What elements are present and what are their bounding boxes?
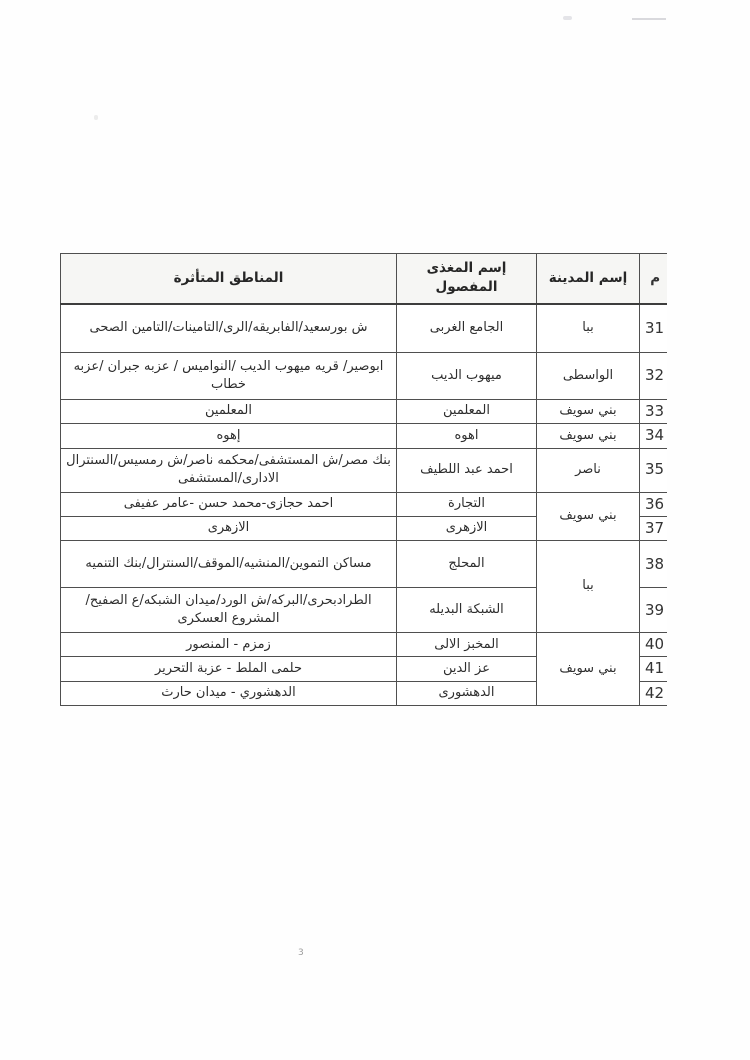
page-number: 3 [298,948,304,958]
cell-num: 34 [640,424,667,448]
scan-dot-artifact [94,115,98,120]
cell-areas: ش بورسعيد/الفابريقه/الرى/التامينات/التام… [61,304,397,353]
outage-table: م إسم المدينة إسم المغذى المفصول المناطق… [60,253,667,706]
cell-areas: ابوصير/ قريه ميهوب الديب /النواميس / عزب… [61,353,397,400]
header-row-number: م [640,254,667,304]
table-row: 34 بني سويف اهوه إهوه [61,424,667,448]
cell-feeder: الازهرى [397,516,537,540]
cell-feeder: المخبز الالى [397,633,537,657]
cell-feeder: التجارة [397,492,537,516]
cell-num: 39 [640,588,667,633]
cell-num: 41 [640,657,667,681]
cell-num: 38 [640,541,667,588]
table-row: 31 ببا الجامع الغربى ش بورسعيد/الفابريقه… [61,304,667,353]
cell-city-merged: بني سويف [537,633,640,706]
cell-num: 37 [640,516,667,540]
table-header-row: م إسم المدينة إسم المغذى المفصول المناطق… [61,254,667,304]
cell-areas: مساكن التموين/المنشيه/الموقف/السنترال/بن… [61,541,397,588]
cell-num: 40 [640,633,667,657]
cell-num: 35 [640,448,667,492]
table-row: 32 الواسطى ميهوب الديب ابوصير/ قريه ميهو… [61,353,667,400]
cell-areas: زمزم - المنصور [61,633,397,657]
header-feeder-name: إسم المغذى المفصول [397,254,537,304]
header-city-name: إسم المدينة [537,254,640,304]
cell-city: ناصر [537,448,640,492]
table-row: 36 بني سويف التجارة احمد حجازى-محمد حسن … [61,492,667,516]
cell-feeder: احمد عبد اللطيف [397,448,537,492]
cell-num: 36 [640,492,667,516]
cell-areas: الدهشوري - ميدان حارث [61,681,397,705]
cell-feeder: المعلمين [397,400,537,424]
table-row: 40 بني سويف المخبز الالى زمزم - المنصور [61,633,667,657]
cell-areas: حلمى الملط - عزبة التحرير [61,657,397,681]
cell-city: ببا [537,304,640,353]
cell-areas: احمد حجازى-محمد حسن -عامر عفيفى [61,492,397,516]
cell-areas: بنك مصر/ش المستشفى/محكمه ناصر/ش رمسيس/ال… [61,448,397,492]
table-row: 35 ناصر احمد عبد اللطيف بنك مصر/ش المستش… [61,448,667,492]
cell-areas: الطرادبحرى/البركه/ش الورد/ميدان الشبكه/ع… [61,588,397,633]
cell-feeder: الدهشورى [397,681,537,705]
cell-num: 32 [640,353,667,400]
cell-city: الواسطى [537,353,640,400]
cell-feeder: ميهوب الديب [397,353,537,400]
scan-smudge-artifact [563,16,572,20]
cell-feeder: الجامع الغربى [397,304,537,353]
cell-num: 31 [640,304,667,353]
cell-areas: المعلمين [61,400,397,424]
scan-dash-artifact [632,18,666,20]
cell-feeder: الشبكة البديله [397,588,537,633]
cell-feeder: عز الدين [397,657,537,681]
cell-feeder: المحلج [397,541,537,588]
table-row: 33 بني سويف المعلمين المعلمين [61,400,667,424]
cell-feeder: اهوه [397,424,537,448]
cell-city-merged: ببا [537,541,640,633]
table-row: 38 ببا المحلج مساكن التموين/المنشيه/المو… [61,541,667,588]
cell-num: 33 [640,400,667,424]
cell-city: بني سويف [537,424,640,448]
cell-areas: الازهرى [61,516,397,540]
header-affected-areas: المناطق المتأثرة [61,254,397,304]
cell-city-merged: بني سويف [537,492,640,541]
cell-areas: إهوه [61,424,397,448]
cell-num: 42 [640,681,667,705]
cell-city: بني سويف [537,400,640,424]
